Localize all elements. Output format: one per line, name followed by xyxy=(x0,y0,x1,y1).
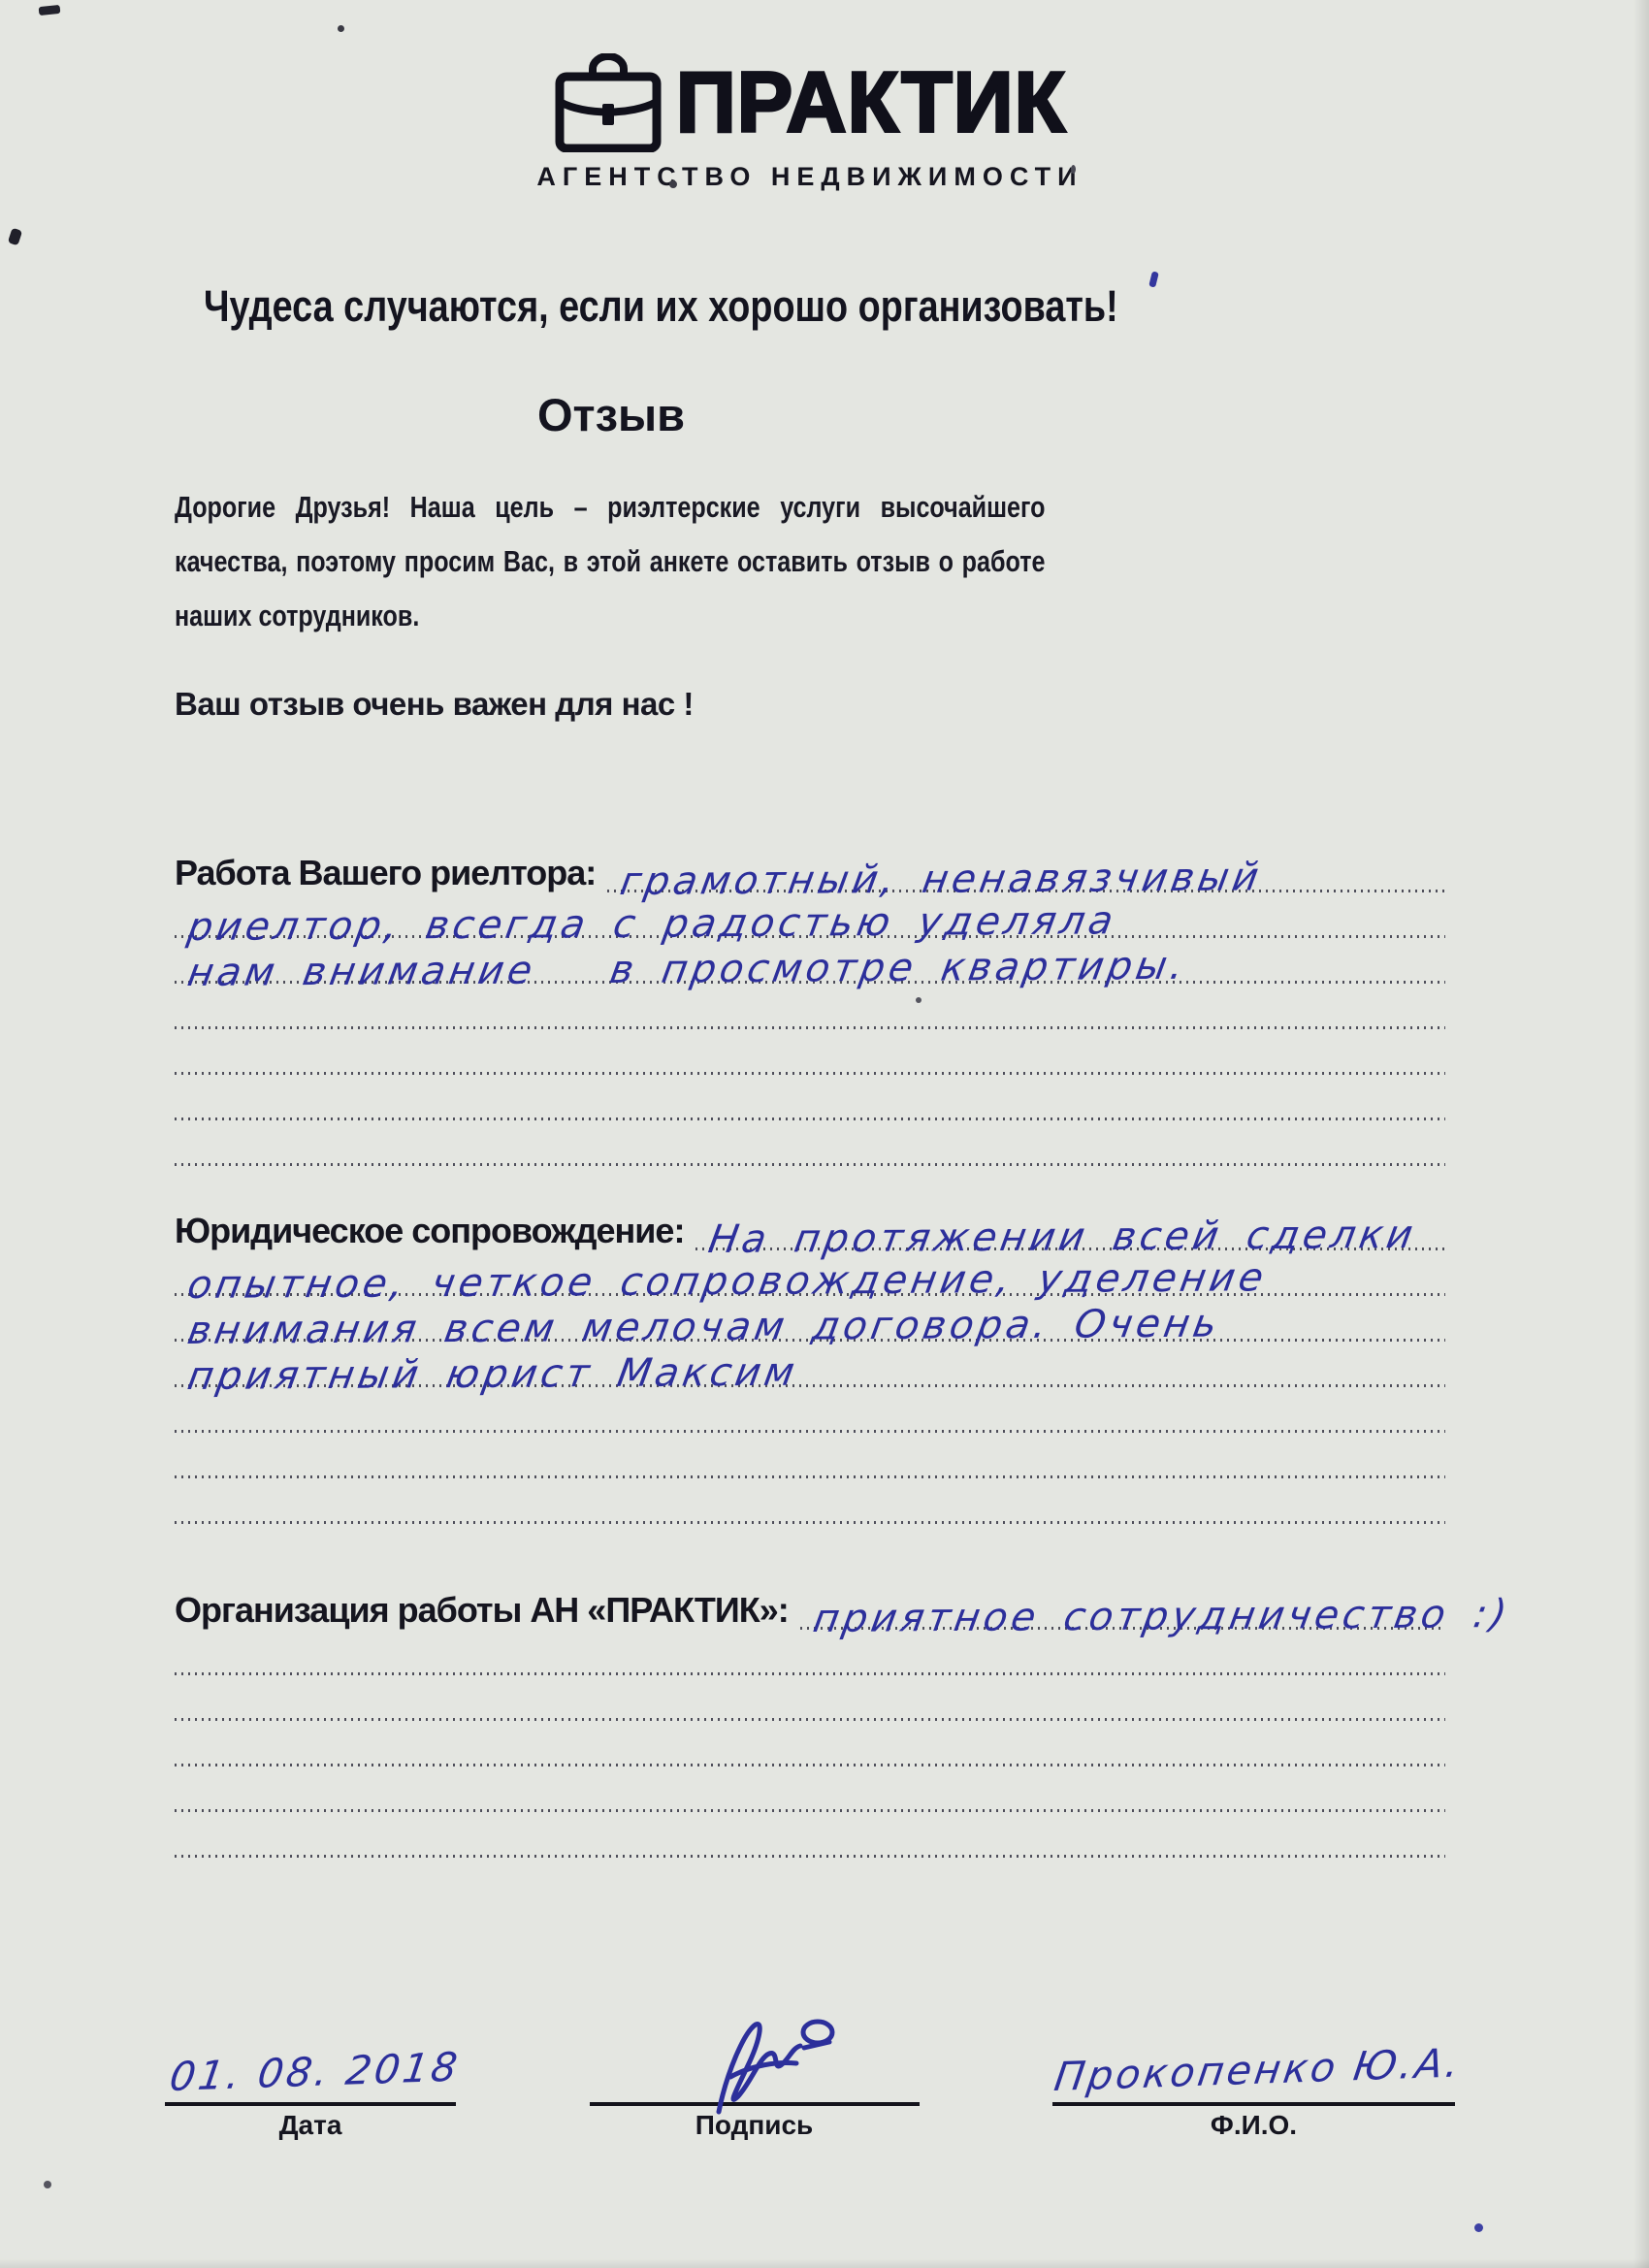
dotted-line: внимания всем мелочам договора. Очень xyxy=(175,1296,1445,1342)
dotted-line xyxy=(175,1478,1445,1524)
field-legal-support: Юридическое сопровождение: На протяжении… xyxy=(175,1205,1445,1524)
importance-note: Ваш отзыв очень важен для нас ! xyxy=(175,686,1445,723)
review-title: Отзыв xyxy=(175,388,1048,441)
field-organization-label: Организация работы АН «ПРАКТИК»: xyxy=(175,1591,800,1630)
name-column: Прокопенко Ю.А. Ф.И.О. xyxy=(1052,2040,1455,2141)
dotted-line xyxy=(175,1721,1445,1766)
scan-speck xyxy=(8,228,22,246)
scan-speck xyxy=(44,2181,51,2188)
dotted-line xyxy=(175,1812,1445,1858)
dotted-line xyxy=(175,1387,1445,1433)
scan-speck xyxy=(669,180,677,188)
dotted-line xyxy=(175,1120,1445,1166)
brand-name: ПРАКТИК xyxy=(676,60,1066,146)
date-label: Дата xyxy=(165,2110,456,2141)
date-column: 01. 08. 2018 Дата xyxy=(165,2040,456,2141)
scan-speck xyxy=(39,5,61,16)
scan-edge-shade xyxy=(0,2258,1649,2268)
field-agency-organization: Организация работы АН «ПРАКТИК»: приятно… xyxy=(175,1584,1445,1858)
scanned-review-form: ПРАКТИК АГЕНТСТВО НЕДВИЖИМОСТИ Чудеса сл… xyxy=(0,0,1649,2268)
field-realtor-work: Работа Вашего риелтора: грамотный, ненав… xyxy=(175,847,1445,1166)
briefcase-icon xyxy=(554,53,663,152)
date-handwriting: 01. 08. 2018 xyxy=(167,2044,463,2100)
field-legal-label: Юридическое сопровождение: xyxy=(175,1212,695,1250)
signature-label: Подпись xyxy=(590,2110,920,2141)
logo: ПРАКТИК АГЕНТСТВО НЕДВИЖИМОСТИ xyxy=(175,53,1445,192)
signature-footer: 01. 08. 2018 Дата Подпись xyxy=(165,2015,1455,2141)
slogan: Чудеса случаются, если их хорошо организ… xyxy=(204,281,1118,332)
dotted-line xyxy=(175,1675,1445,1721)
name-label: Ф.И.О. xyxy=(1052,2110,1455,2141)
dotted-line: грамотный, ненавязчивый xyxy=(607,847,1445,892)
scan-speck xyxy=(1474,2223,1483,2232)
date-line: 01. 08. 2018 xyxy=(165,2040,456,2106)
dotted-line: приятный юрист Максим xyxy=(175,1342,1445,1387)
name-line: Прокопенко Ю.А. xyxy=(1052,2040,1455,2106)
logo-subtitle: АГЕНТСТВО НЕДВИЖИМОСТИ xyxy=(536,162,1083,192)
dotted-line: риелтор, всегда с радостью уделяла xyxy=(175,892,1445,938)
dotted-line: опытное, четкое сопровождение, уделение xyxy=(175,1250,1445,1296)
dotted-line xyxy=(175,1433,1445,1478)
scan-edge-shade xyxy=(1633,0,1649,2268)
scan-speck xyxy=(338,25,344,32)
dotted-line xyxy=(175,984,1445,1029)
dotted-line xyxy=(175,1075,1445,1120)
dotted-line xyxy=(175,1630,1445,1675)
dotted-line: На протяжении всей сделки xyxy=(695,1205,1445,1250)
dotted-line xyxy=(175,1029,1445,1075)
dotted-line xyxy=(175,1766,1445,1812)
signature-scribble-icon xyxy=(663,2015,847,2102)
field-realtor-label: Работа Вашего риелтора: xyxy=(175,854,607,892)
signature-column: Подпись xyxy=(590,2015,920,2141)
name-handwriting: Прокопенко Ю.А. xyxy=(1051,2039,1465,2100)
dotted-line: нам внимание в просмотре квартиры. xyxy=(175,938,1445,984)
signature-line xyxy=(590,2015,920,2106)
intro-paragraph: Дорогие Друзья! Наша цель – риэлтерские … xyxy=(175,480,1045,643)
scan-speck xyxy=(1071,165,1076,174)
dotted-line: приятное сотрудничество :) xyxy=(800,1584,1445,1630)
